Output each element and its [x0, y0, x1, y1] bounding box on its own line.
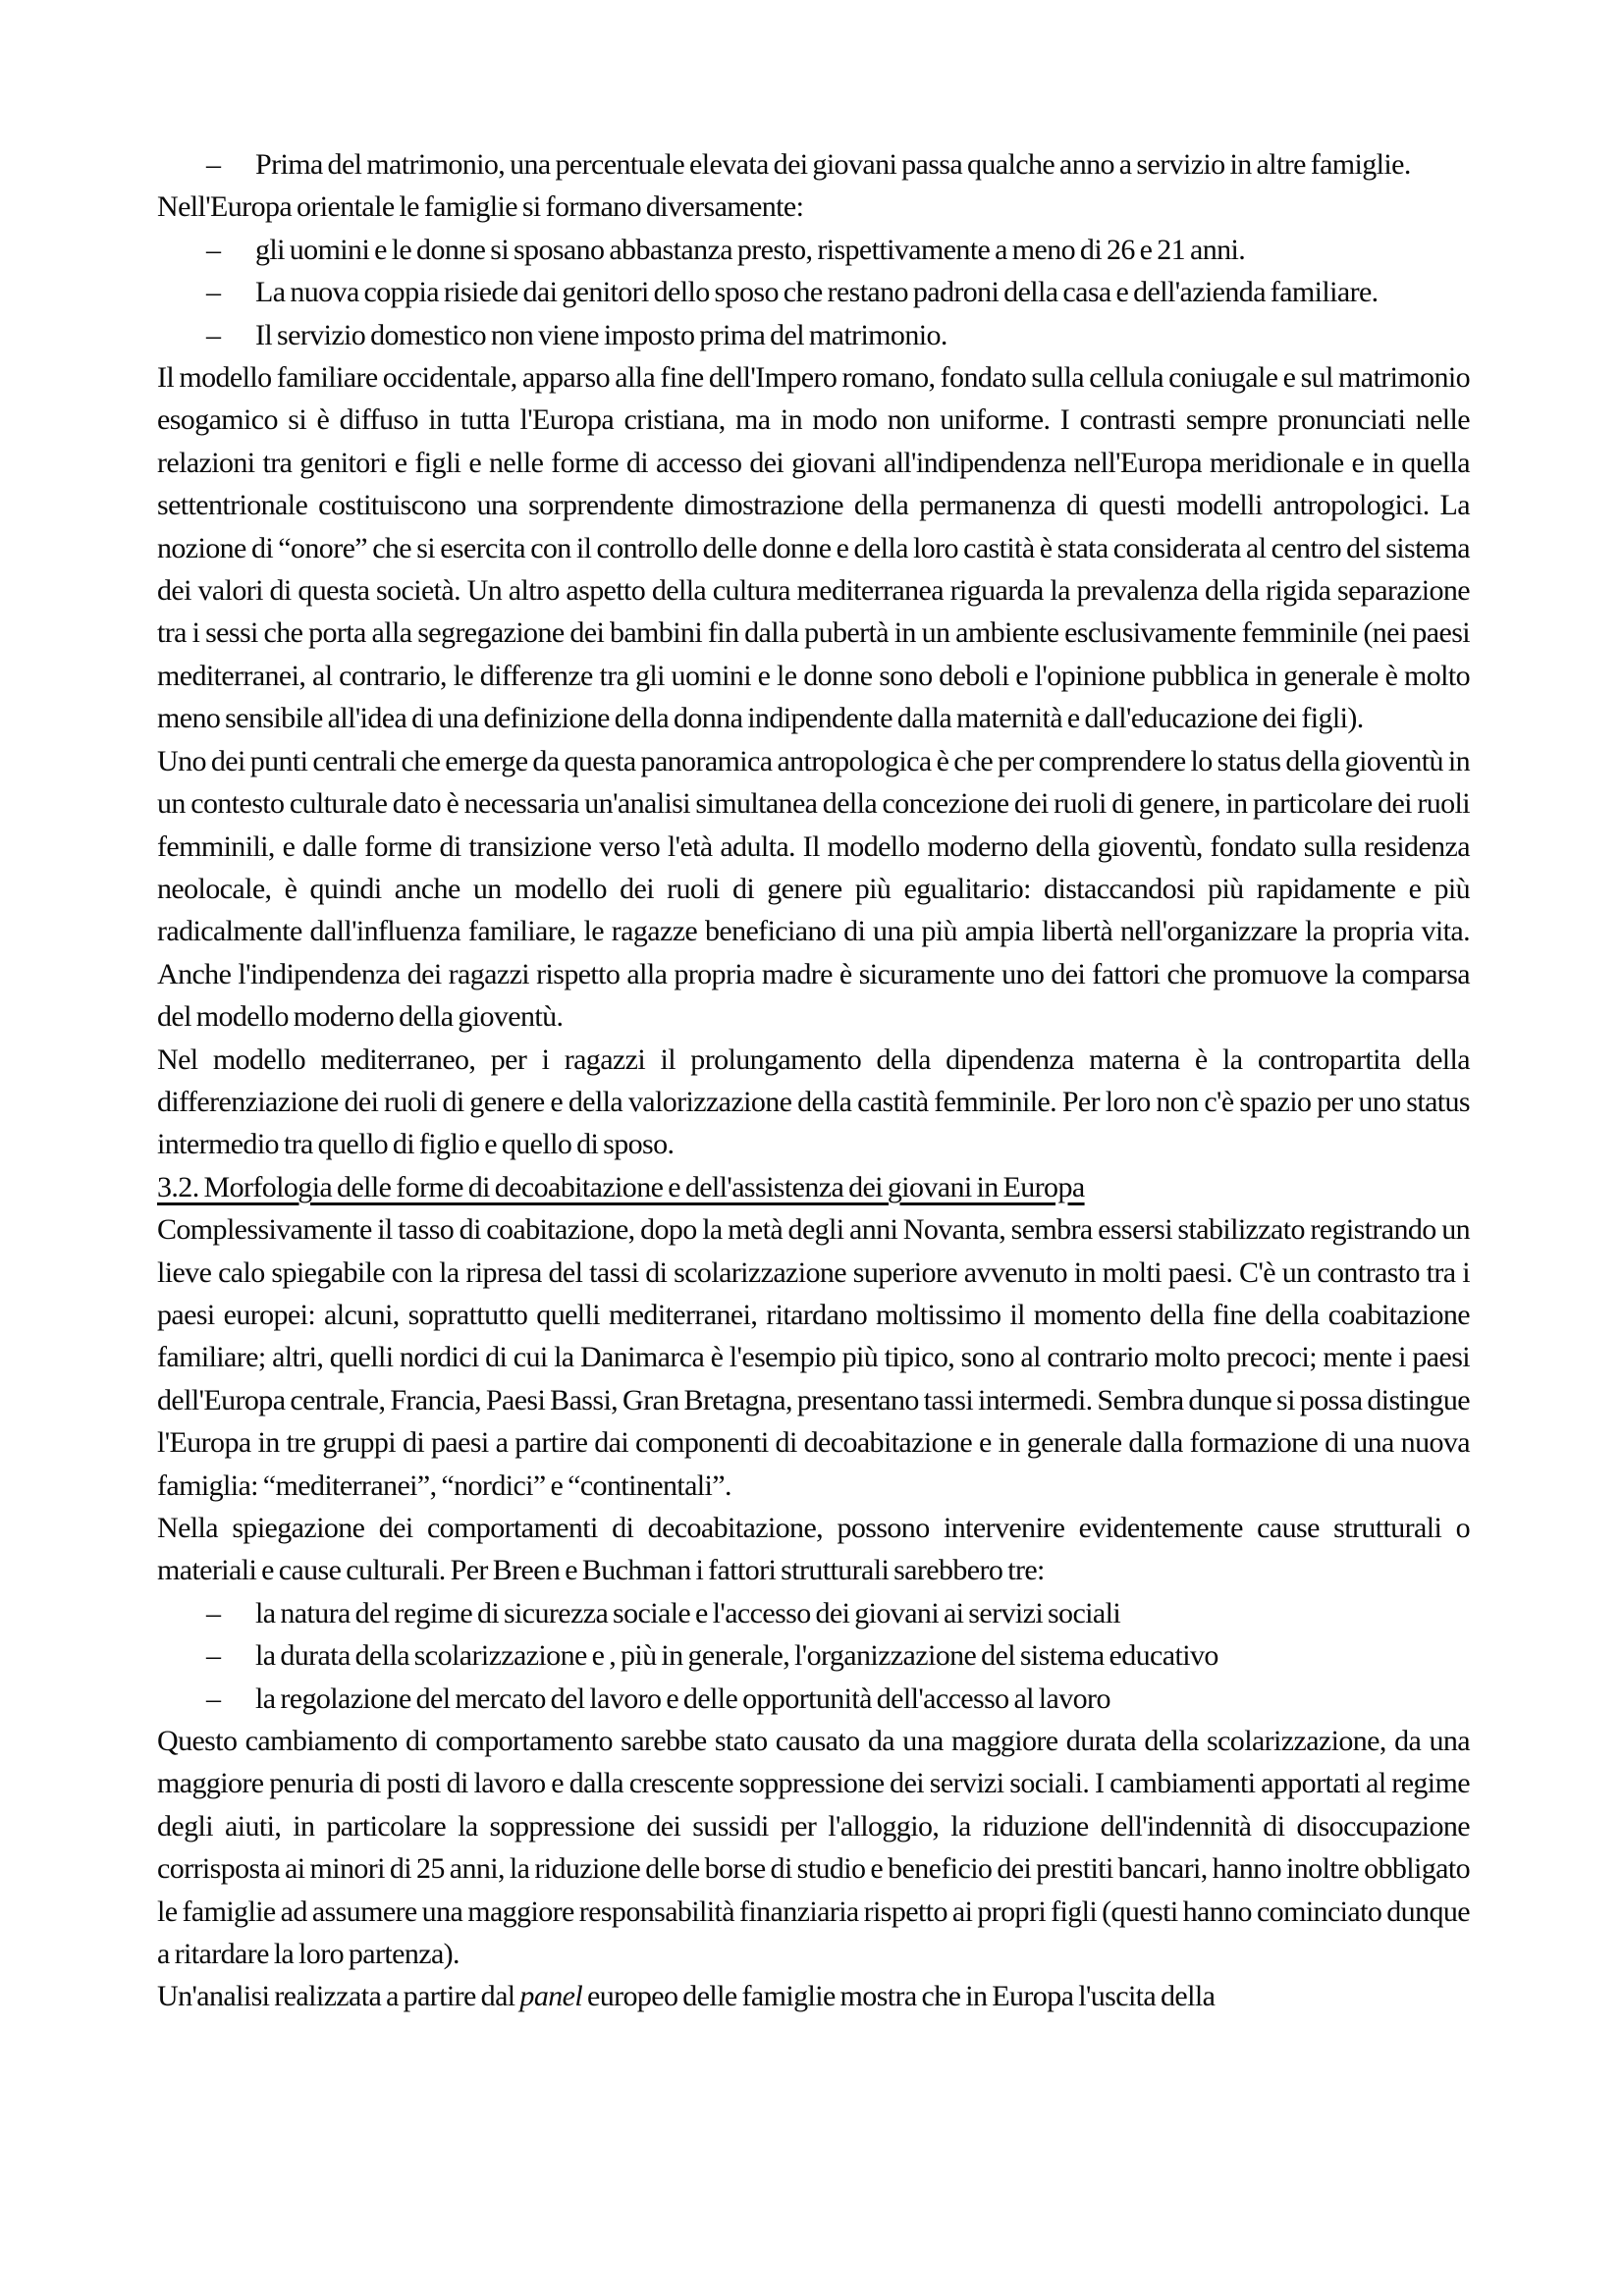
bullet-item: – la natura del regime di sicurezza soci… [157, 1592, 1470, 1634]
paragraph: Il modello familiare occidentale, appars… [157, 356, 1470, 740]
bullet-item: – la regolazione del mercato del lavoro … [157, 1678, 1470, 1720]
paragraph: Nell'Europa orientale le famiglie si for… [157, 186, 1470, 228]
bullet-text: Il servizio domestico non viene imposto … [255, 319, 947, 351]
section-heading: 3.2. Morfologia delle forme di decoabita… [157, 1166, 1470, 1208]
bullet-dash-icon: – [206, 271, 220, 313]
bullet-text: la durata della scolarizzazione e , più … [255, 1639, 1218, 1672]
bullet-item: – Prima del matrimonio, una percentuale … [157, 143, 1470, 186]
text-segment: Un'analisi realizzata a partire dal [157, 1980, 519, 2012]
bullet-dash-icon: – [206, 314, 220, 356]
bullet-text: La nuova coppia risiede dai genitori del… [255, 276, 1379, 308]
bullet-text: la natura del regime di sicurezza social… [255, 1597, 1120, 1629]
bullet-text: la regolazione del mercato del lavoro e … [255, 1682, 1110, 1715]
paragraph: Nel modello mediterraneo, per i ragazzi … [157, 1039, 1470, 1166]
document-page: – Prima del matrimonio, una percentuale … [157, 143, 1470, 2018]
paragraph: Complessivamente il tasso di coabitazion… [157, 1208, 1470, 1507]
bullet-dash-icon: – [206, 229, 220, 271]
bullet-item: – La nuova coppia risiede dai genitori d… [157, 271, 1470, 313]
paragraph: Questo cambiamento di comportamento sare… [157, 1720, 1470, 1975]
text-segment: europeo delle famiglie mostra che in Eur… [582, 1980, 1215, 2012]
paragraph: Uno dei punti centrali che emerge da que… [157, 740, 1470, 1039]
italic-term: panel [519, 1980, 582, 2012]
bullet-item: – Il servizio domestico non viene impost… [157, 314, 1470, 356]
bullet-dash-icon: – [206, 1634, 220, 1677]
bullet-text: gli uomini e le donne si sposano abbasta… [255, 234, 1245, 266]
bullet-dash-icon: – [206, 143, 220, 186]
bullet-text: Prima del matrimonio, una percentuale el… [255, 148, 1411, 181]
bullet-dash-icon: – [206, 1678, 220, 1720]
paragraph-with-italic: Un'analisi realizzata a partire dal pane… [157, 1975, 1470, 2017]
bullet-item: – la durata della scolarizzazione e , pi… [157, 1634, 1470, 1677]
bullet-dash-icon: – [206, 1592, 220, 1634]
paragraph: Nella spiegazione dei comportamenti di d… [157, 1507, 1470, 1592]
bullet-item: – gli uomini e le donne si sposano abbas… [157, 229, 1470, 271]
